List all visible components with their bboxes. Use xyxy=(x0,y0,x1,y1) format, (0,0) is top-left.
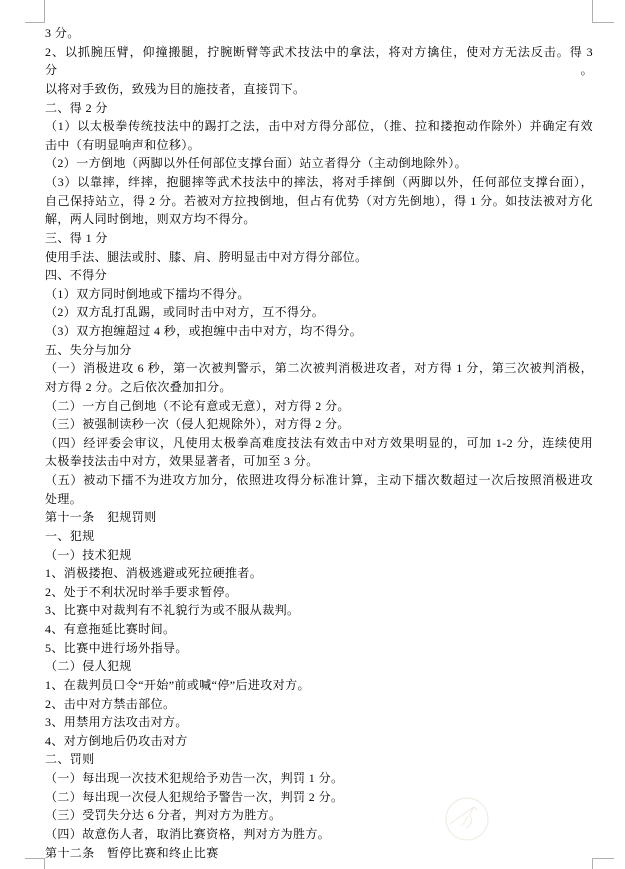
text-line: 解，两人同时倒地，则双方均不得分。 xyxy=(45,210,593,229)
text-line: 4、对方倒地后仍攻击对方 xyxy=(45,732,593,751)
text-boundary-mark-top-left xyxy=(25,0,45,23)
text-line: （二）侵人犯规 xyxy=(45,657,593,676)
text-line: 2、击中对方禁击部位。 xyxy=(45,695,593,714)
text-line: （2）一方倒地（两脚以外任何部位支撑台面）站立者得分（主动倒地除外）。 xyxy=(45,154,593,173)
text-line: 五、失分与加分 xyxy=(45,341,593,360)
text-line: （一）消极进攻 6 秒，第一次被判警示，第二次被判消极进攻者，对方得 1 分，第… xyxy=(45,359,593,378)
text-line: 对方得 2 分。之后依次叠加扣分。 xyxy=(45,378,593,397)
text-line: 三、得 1 分 xyxy=(45,229,593,248)
text-line: （三）被强制读秒一次（侵人犯规除外），对方得 2 分。 xyxy=(45,415,593,434)
text-line: （二）一方自己倒地（不论有意或无意），对方得 2 分。 xyxy=(45,397,593,416)
text-line: （1）双方同时倒地或下擂均不得分。 xyxy=(45,285,593,304)
text-line: （2）双方乱打乱踢，或同时击中对方，互不得分。 xyxy=(45,303,593,322)
text-line: 二、罚则 xyxy=(45,750,593,769)
text-line: （五）被动下擂不为进攻方加分，依照进攻得分标准计算，主动下擂次数超过一次后按照消… xyxy=(45,471,593,490)
text-line: 以将对手致伤，致残为目的施技者，直接罚下。 xyxy=(45,80,593,99)
word-document-page: { "page": { "background_color": "#ffffff… xyxy=(0,0,625,869)
text-line: 太极拳技法击中对方，效果显著者，可加至 3 分。 xyxy=(45,452,593,471)
text-line: 第十一条 犯规罚则 xyxy=(45,508,593,527)
text-boundary-mark-bottom-left xyxy=(25,858,45,869)
text-line: （一）每出现一次技术犯规给予劝告一次，判罚 1 分。 xyxy=(45,769,593,788)
text-line: 1、在裁判员口令“开始”前或喊“停”后进攻对方。 xyxy=(45,676,593,695)
text-line: （3）以靠摔，绊摔，抱腿摔等武术技法中的摔法，将对手摔倒（两脚以外，任何部位支撑… xyxy=(45,173,593,192)
text-line: （1）以太极拳传统技法中的踢打之法，击中对方得分部位，（推、拉和搂抱动作除外）并… xyxy=(45,117,593,136)
text-line: 3 分。 xyxy=(45,24,593,43)
text-line: （四）经评委会审议，凡使用太极拳高难度技法有效击中对方效果明显的，可加 1-2 … xyxy=(45,434,593,453)
text-line: 二、得 2 分 xyxy=(45,99,593,118)
text-line: （四）故意伤人者，取消比赛资格，判对方为胜方。 xyxy=(45,825,593,844)
text-line: 使用手法、腿法或肘、膝、肩、胯明显击中对方得分部位。 xyxy=(45,248,593,267)
text-line: 2、处于不利状况时举手要求暂停。 xyxy=(45,583,593,602)
text-line: 5、比赛中进行场外指导。 xyxy=(45,639,593,658)
text-line: 四、不得分 xyxy=(45,266,593,285)
text-line: （二）每出现一次侵人犯规给予警告一次，判罚 2 分。 xyxy=(45,788,593,807)
text-line: 一、犯规 xyxy=(45,527,593,546)
text-line: 1、消极搂抱、消极逃避或死拉硬推者。 xyxy=(45,564,593,583)
text-line: 3、用禁用方法攻击对方。 xyxy=(45,713,593,732)
text-line: 自己保持站立，得 2 分。若被对方拉拽倒地，但占有优势（对方先倒地），得 1 分… xyxy=(45,192,593,211)
text-line: （3）双方抱缠超过 4 秒，或抱缠中击中对方，均不得分。 xyxy=(45,322,593,341)
document-text-block: 3 分。2、以抓腕压臂，仰撞搬腿，拧腕断臂等武术技法中的拿法，将对方擒住，使对方… xyxy=(45,24,593,862)
text-line: （一）技术犯规 xyxy=(45,546,593,565)
text-line: 3、比赛中对裁判有不礼貌行为或不服从裁判。 xyxy=(45,601,593,620)
text-line: 2、以抓腕压臂，仰撞搬腿，拧腕断臂等武术技法中的拿法，将对方擒住，使对方无法反击… xyxy=(45,43,593,80)
text-boundary-mark-bottom-right xyxy=(592,858,614,869)
text-line: （三）受罚失分达 6 分者，判对方为胜方。 xyxy=(45,806,593,825)
text-line: 处理。 xyxy=(45,490,593,509)
text-line: 击中（有明显响声和位移）。 xyxy=(45,136,593,155)
text-line: 第十二条 暂停比赛和终止比赛 xyxy=(45,844,593,863)
text-line: 4、有意拖延比赛时间。 xyxy=(45,620,593,639)
text-boundary-mark-top-right xyxy=(592,0,614,23)
